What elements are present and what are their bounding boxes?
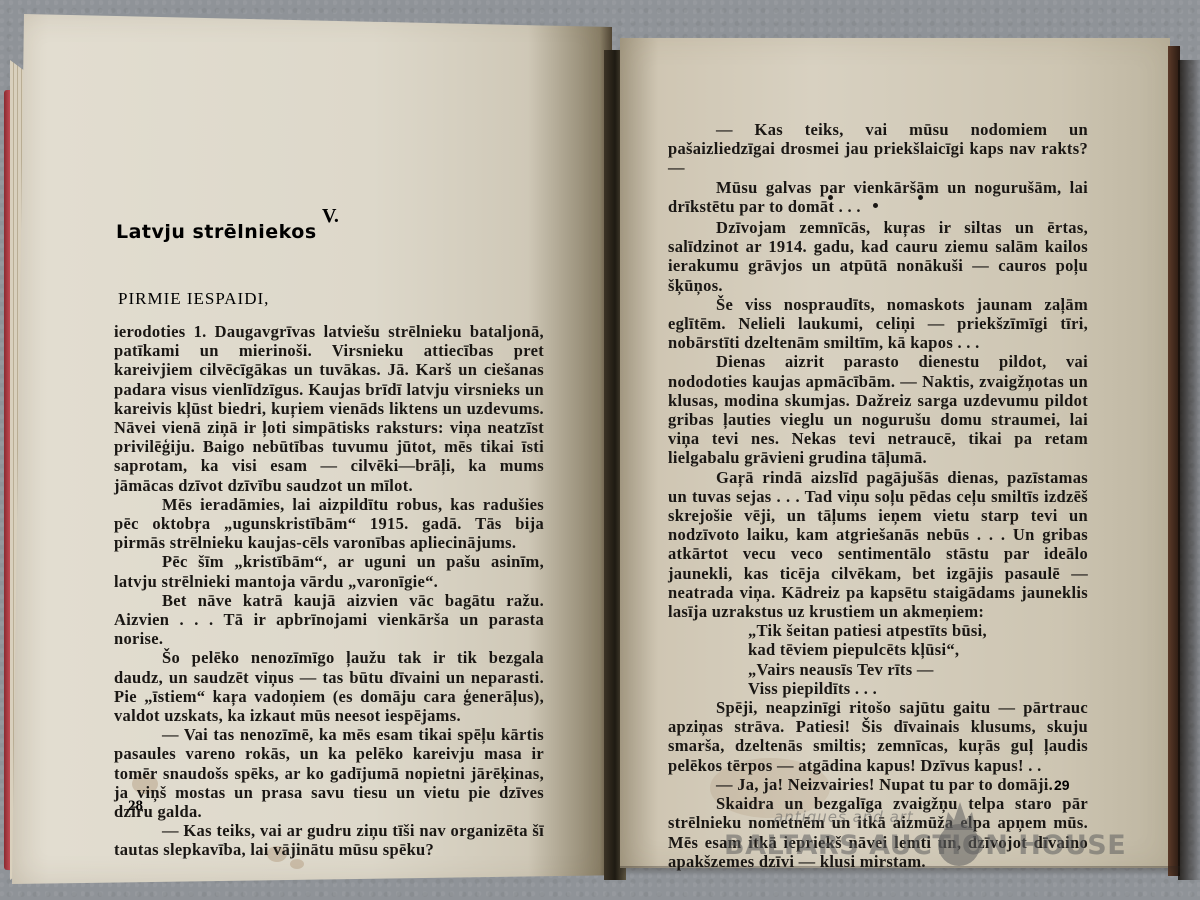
paragraph: — Ja, ja! Neizvairies! Nupat tu par to d… — [668, 775, 1088, 794]
section-break-dots — [820, 190, 940, 220]
left-page-body: ierodoties 1. Daugavgrīvas latviešu strē… — [114, 322, 544, 860]
paragraph: Dzīvojam zemnīcās, kuŗas ir siltas un ēr… — [668, 218, 1088, 295]
verse-line: Viss piepildīts . . . — [668, 679, 1088, 698]
page-number: 29 — [1054, 777, 1070, 793]
section-title: PIRMIE IESPAIDI, — [118, 289, 269, 309]
dot-icon — [873, 203, 878, 208]
watermark-name: BALTARS AUCTION HOUSE — [724, 830, 1126, 861]
verse-line: kad tēviem piepulcēts kļūsi“, — [668, 640, 1088, 659]
watermark: antiques and art BALTARS AUCTION HOUSE — [724, 808, 1124, 868]
verse-line: „Vairs neausīs Tev rīts — — [668, 660, 1088, 679]
paragraph: — Kas teiks, vai ar gudru ziņu tīši nav … — [114, 821, 544, 859]
paragraph: — Vai tas nenozīmē, ka mēs esam tikai sp… — [114, 725, 544, 821]
stain — [290, 859, 304, 869]
paragraph: — Kas teiks, vai mūsu nodomiem un pašaiz… — [668, 120, 1088, 178]
book-shadow — [1178, 60, 1200, 880]
paragraph: Šo pelēko nenozīmīgo ļaužu tak ir tik be… — [114, 648, 544, 725]
paragraph: Mēs ieradāmies, lai aizpildītu robus, ka… — [114, 495, 544, 553]
page-number: 28 — [128, 798, 143, 815]
paragraph: Še viss nospraudīts, nomaskots jaunam za… — [668, 295, 1088, 353]
right-page-body-main: Dzīvojam zemnīcās, kuŗas ir siltas un ēr… — [668, 218, 1088, 871]
paragraph: Spēji, neapzinīgi ritošo sajūtu gaitu — … — [668, 698, 1088, 775]
open-book: V. Latvju strēlniekos PIRMIE IESPAIDI, i… — [0, 0, 1200, 900]
watermark-tagline: antiques and art — [774, 808, 914, 826]
verse-line: „Tik šeitan patiesi atpestīts būsi, — [668, 621, 1088, 640]
dot-icon — [918, 195, 923, 200]
paragraph: Dienas aizrit parasto dienestu pildot, v… — [668, 352, 1088, 467]
dot-icon — [828, 195, 833, 200]
paragraph: Bet nāve katrā kaujā aizvien vāc bagātu … — [114, 591, 544, 649]
chapter-title: Latvju strēlniekos — [116, 221, 317, 243]
chapter-number: V. — [322, 205, 339, 228]
paragraph: Gaŗā rindā aizslīd pagājušās dienas, paz… — [668, 468, 1088, 622]
paragraph: Pēc šīm „kristībām“, ar uguni un pašu as… — [114, 552, 544, 590]
paragraph: ierodoties 1. Daugavgrīvas latviešu strē… — [114, 322, 544, 495]
